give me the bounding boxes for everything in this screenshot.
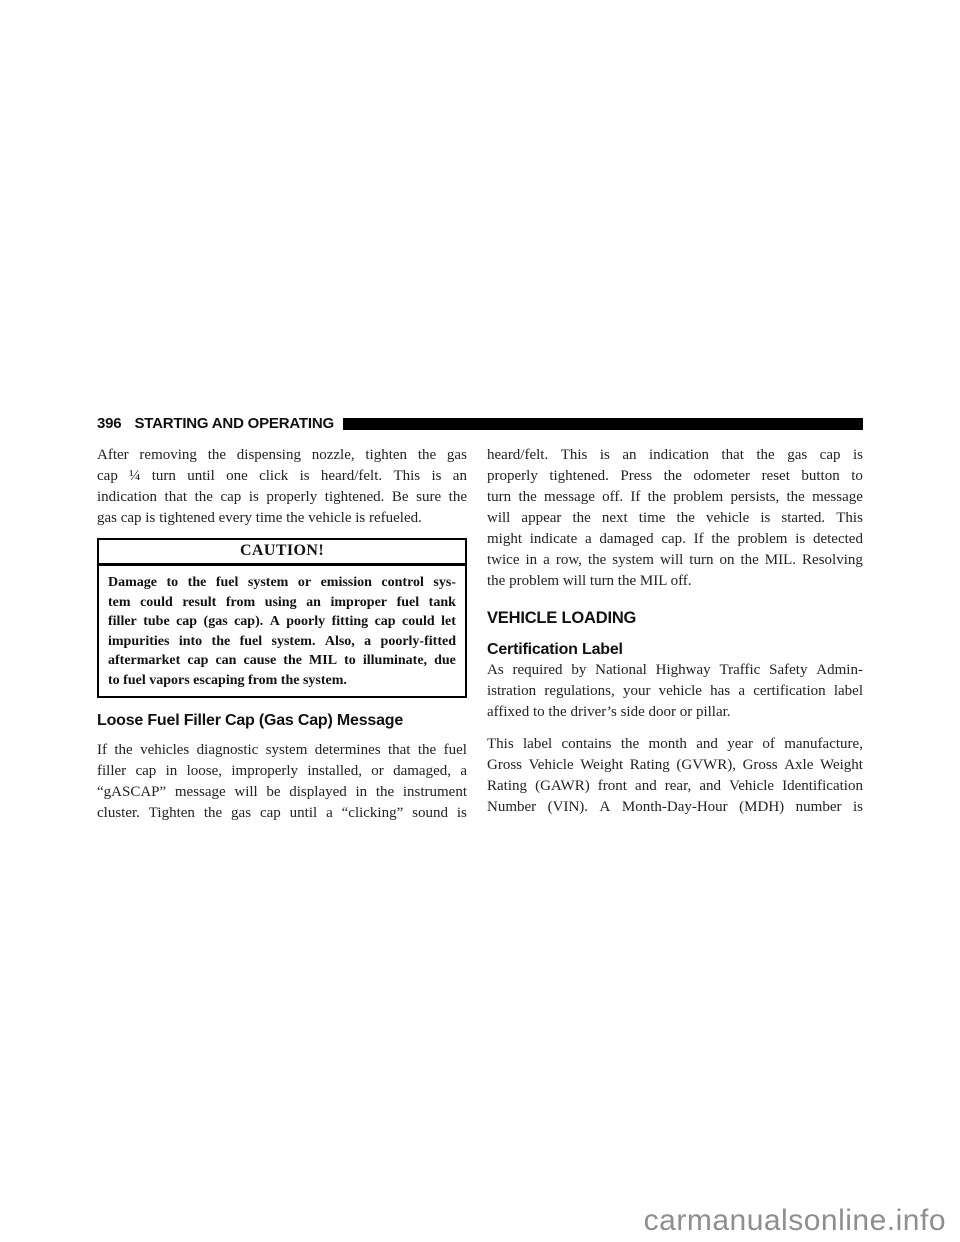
watermark: carmanualsonline.info [644, 1204, 946, 1238]
page-header: 396 STARTING AND OPERATING [97, 415, 863, 432]
caution-title: CAUTION! [99, 540, 465, 566]
content-columns: Afterremovingthedispensingnozzle,tighten… [97, 445, 863, 824]
heading-loose-fuel-filler-cap: Loose Fuel Filler Cap (Gas Cap) Message [97, 712, 467, 730]
heading-certification-label: Certification Label [487, 641, 863, 659]
caution-body: Damagetothefuelsystemoremissioncontrolsy… [99, 566, 465, 696]
paragraph-loose-cap-message: Ifthevehiclesdiagnosticsystemdeterminest… [97, 740, 467, 824]
header-rule-bar [343, 418, 863, 430]
manual-page: 396 STARTING AND OPERATING Afterremoving… [0, 0, 960, 1242]
page-number: 396 [97, 415, 121, 432]
left-column: Afterremovingthedispensingnozzle,tighten… [97, 445, 467, 824]
paragraph-refueling: Afterremovingthedispensingnozzle,tighten… [97, 445, 467, 529]
section-title: STARTING AND OPERATING [134, 415, 333, 432]
heading-vehicle-loading: VEHICLE LOADING [487, 609, 863, 628]
paragraph-heard-felt: heard/felt.Thisisanindicationthatthegasc… [487, 445, 863, 592]
paragraph-certification-label: AsrequiredbyNationalHighwayTrafficSafety… [487, 660, 863, 723]
caution-box: CAUTION! Damagetothefuelsystemoremission… [97, 538, 467, 698]
right-column: heard/felt.Thisisanindicationthatthegasc… [487, 445, 863, 824]
paragraph-label-contents: Thislabelcontainsthemonthandyearofmanufa… [487, 734, 863, 818]
